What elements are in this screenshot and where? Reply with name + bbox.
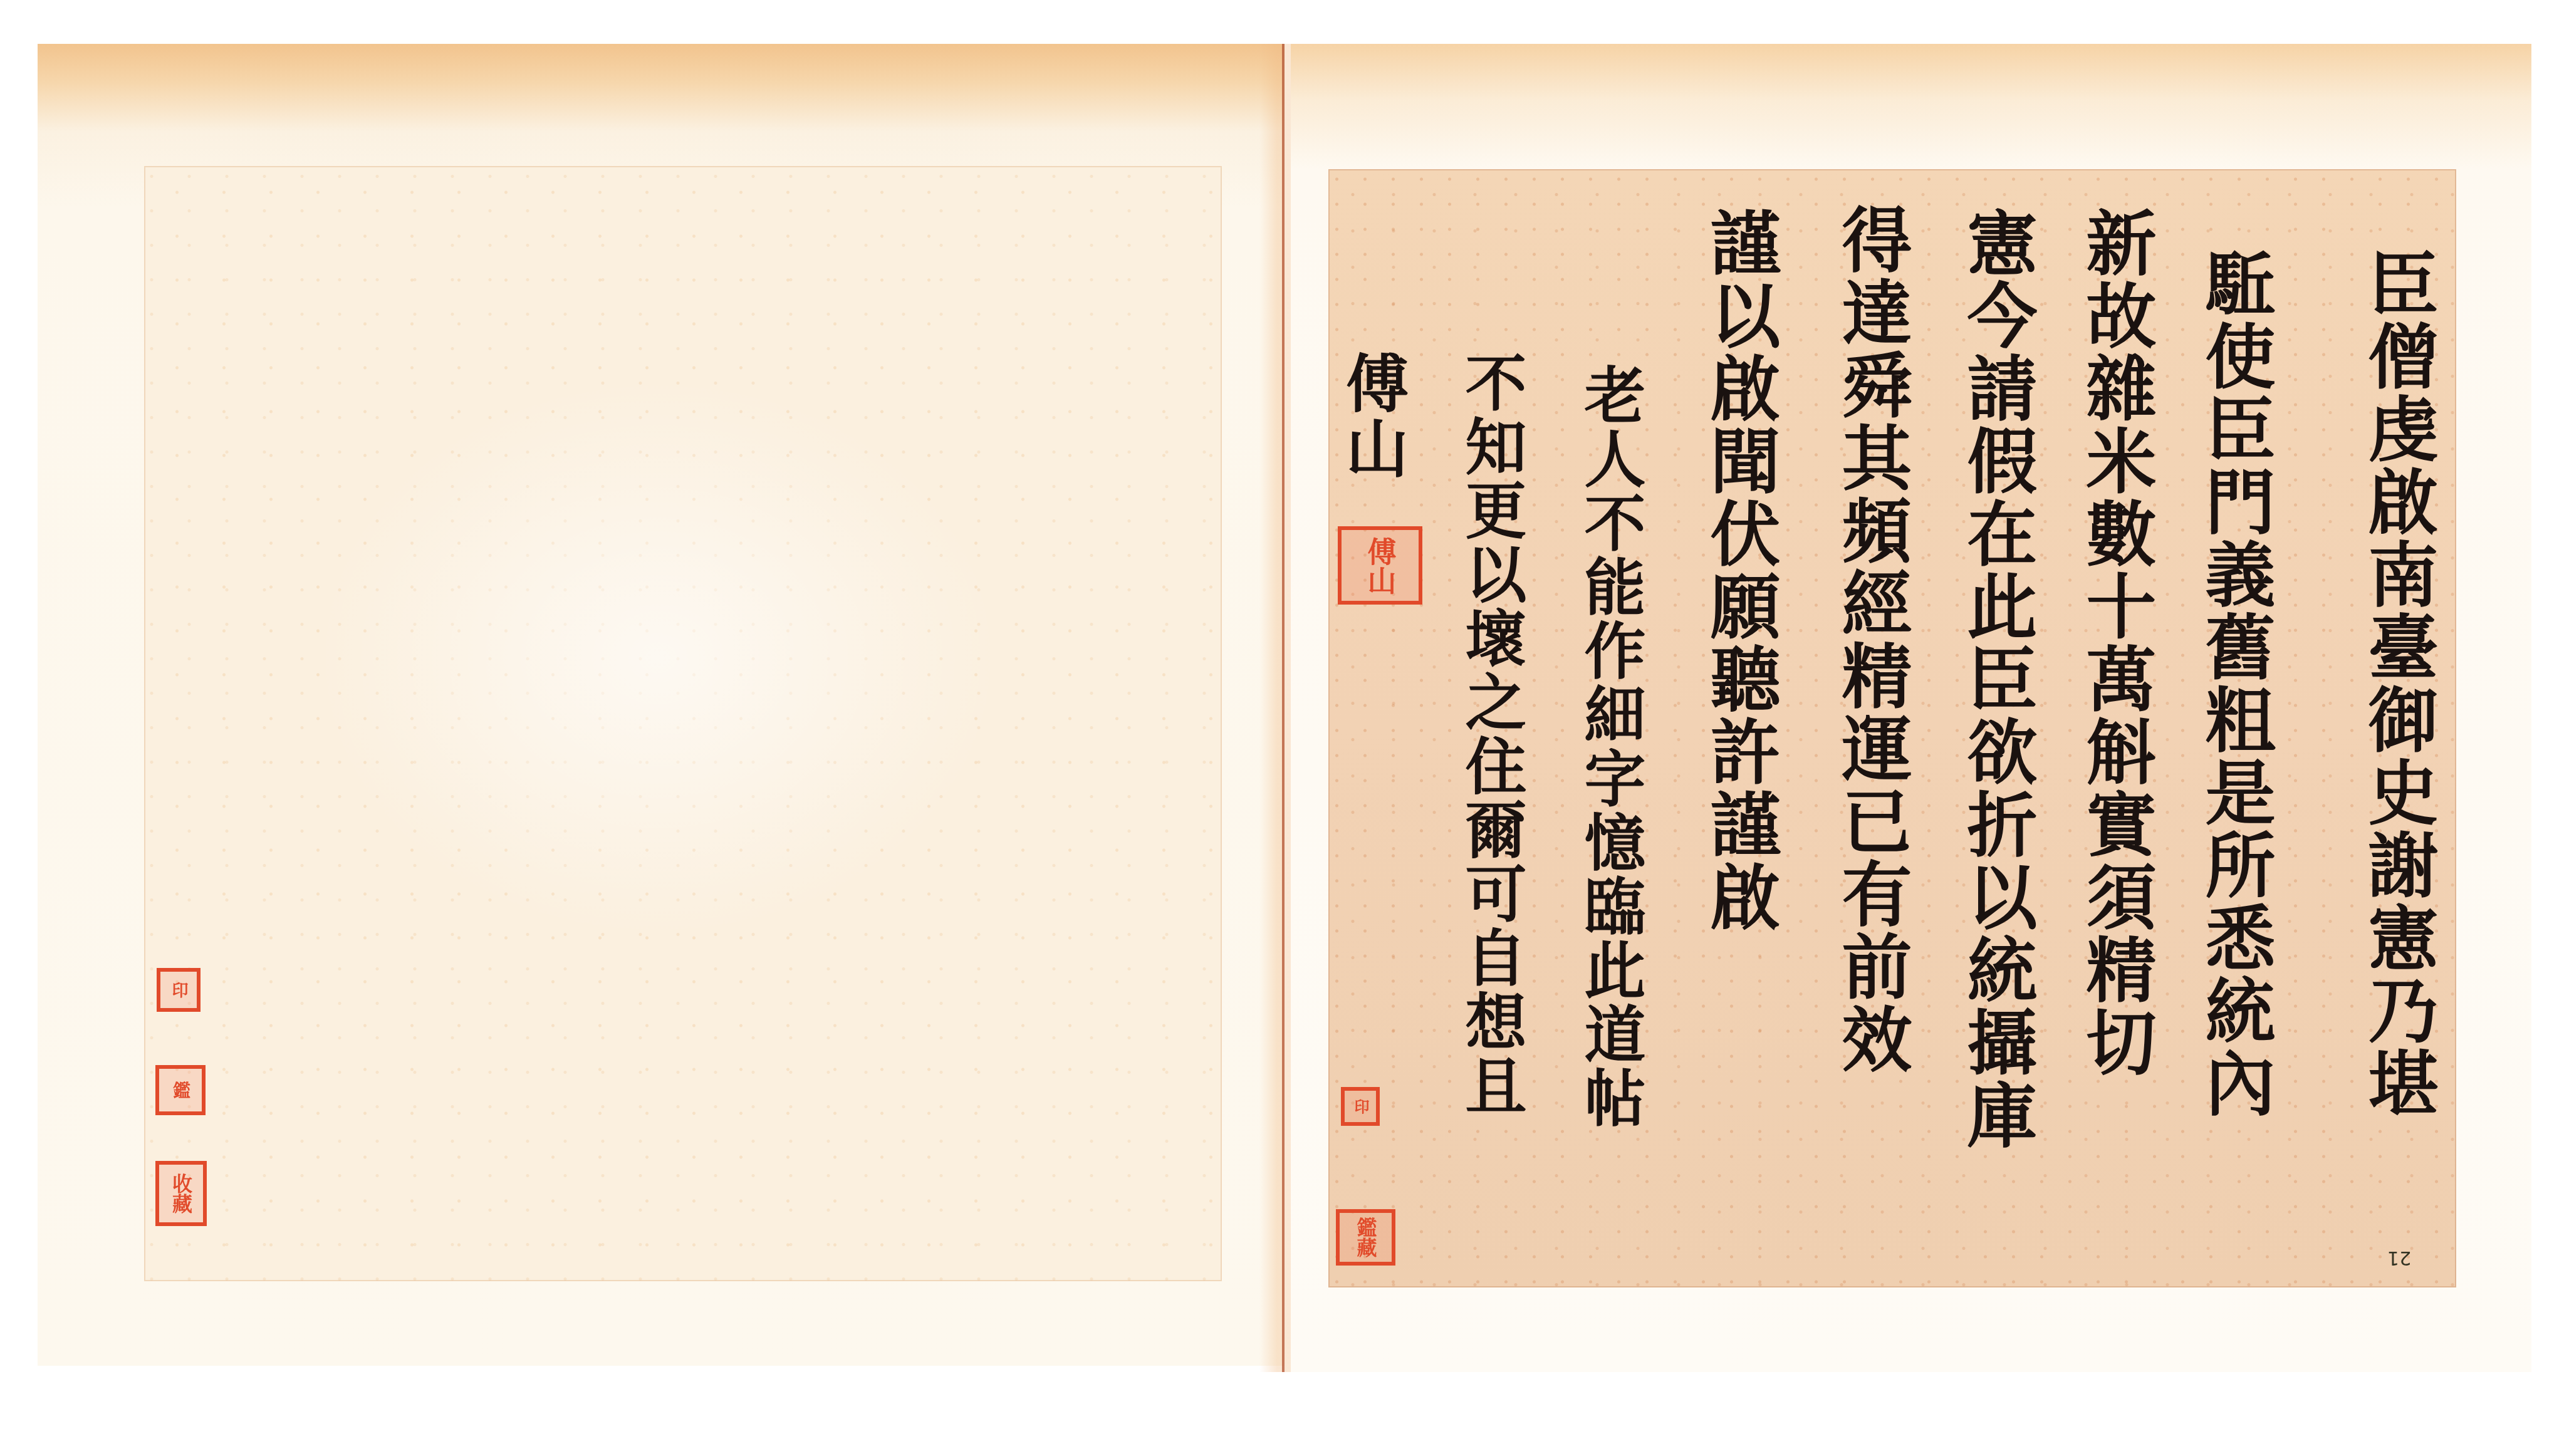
collector-seal-2: 鑑	[155, 1065, 206, 1115]
left-paper-fade	[313, 376, 1003, 940]
seal-text: 印	[1353, 1099, 1368, 1114]
text-column-6: 謹以啟聞伏願聽許謹啟	[1704, 207, 1774, 933]
text-column-3: 新故雜米數十萬斛實須精切	[2080, 207, 2150, 1079]
collector-seal-3: 收藏	[155, 1161, 207, 1226]
seal-text: 鑑	[172, 1081, 189, 1099]
collector-seal-4: 印	[1341, 1087, 1380, 1126]
text-column-5: 得達舜其頻經精運已有前效	[1836, 204, 1906, 1076]
collector-seal-1: 印	[157, 968, 201, 1012]
colophon-column-2: 不知更以壞之住爾可自想且	[1460, 351, 1521, 1118]
seal-text: 傅山	[1366, 537, 1395, 595]
artist-seal: 傅山	[1338, 526, 1422, 605]
artist-signature: 傅山	[1341, 351, 1404, 481]
text-column-2: 駈使臣門義舊粗是所悉統內	[2199, 247, 2269, 1120]
center-fold-line	[1282, 44, 1284, 1372]
colophon-column-1: 老人不能作細字憶臨此道帖	[1579, 363, 1640, 1130]
seal-text: 收藏	[171, 1173, 191, 1214]
text-column-1: 臣僧虔啟南臺御史謝憲乃堪	[2362, 247, 2432, 1120]
page-number-mark: 21	[2387, 1247, 2411, 1269]
seal-text: 印	[170, 982, 187, 998]
seal-text: 鑑藏	[1356, 1217, 1376, 1257]
album-spread: 印 鑑 收藏 臣僧虔啟南臺御史謝憲乃堪 駈使臣門義舊粗是所悉統內 新故雜米數十萬…	[0, 0, 2569, 1456]
collector-seal-5: 鑑藏	[1336, 1209, 1395, 1266]
text-column-4: 憲今請假在此臣欲折以統攝庫	[1961, 207, 2031, 1152]
